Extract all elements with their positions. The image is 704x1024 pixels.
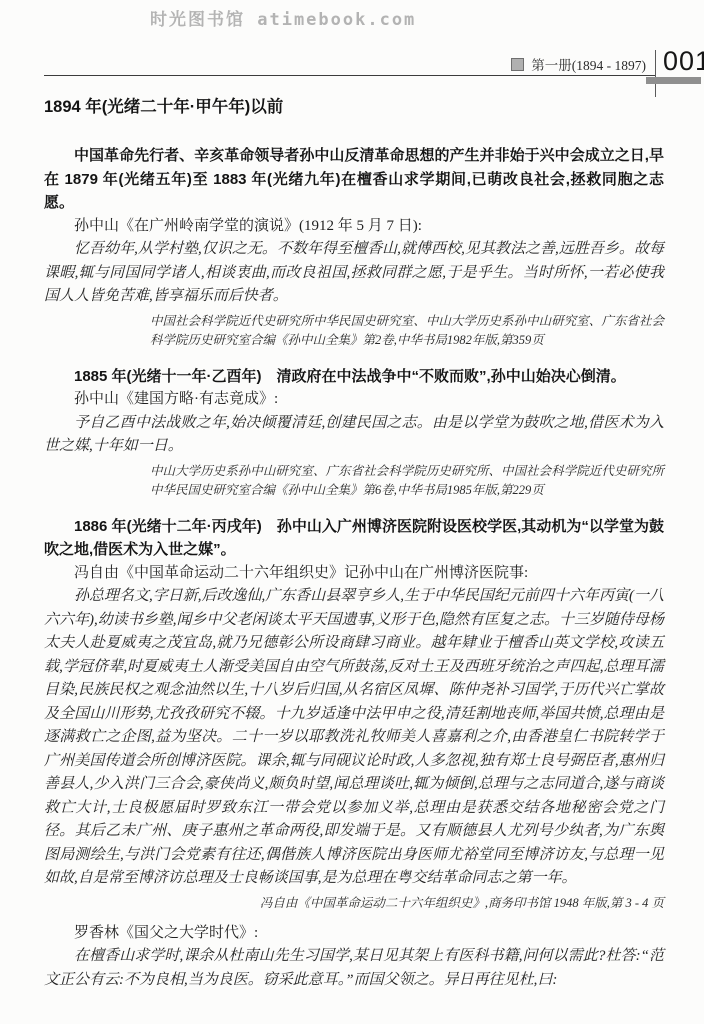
section-1885-heading: 1885 年(光绪十一年·乙酉年) 清政府在中法战争中“不败而败”,孙中山始决心…: [44, 365, 664, 389]
watermark: 时光图书馆 atimebook.com: [150, 5, 416, 30]
header-divider: [655, 50, 656, 97]
volume-label: 第一册(1894 - 1897): [531, 54, 646, 74]
section-1885-citation: 中山大学历史系孙中山研究室、广东省社会科学院历史研究所、中国社会科学院近代史研究…: [150, 462, 664, 500]
header-rule: [44, 75, 655, 76]
section-1886-citation: 冯自由《中国革命运动二十六年组织史》,商务印书馆 1948 年版,第 3 - 4…: [44, 894, 664, 913]
page-number: 001: [663, 46, 704, 77]
square-icon: [511, 58, 524, 71]
page-header: 第一册(1894 - 1897): [511, 54, 646, 74]
page-number-bar: [646, 77, 701, 84]
section-1886-quote: 孙总理名文,字日新,后改逸仙,广东香山县翠亨乡人,生于中华民国纪元前四十六年丙寅…: [44, 585, 664, 891]
section-luo-quote: 在檀香山求学时,课余从杜南山先生习国学,某日见其架上有医科书籍,问何以需此?杜答…: [44, 945, 664, 992]
intro-lead-paragraph: 中国革命先行者、辛亥革命领导者孙中山反清革命思想的产生并非始于兴中会成立之日,早…: [44, 144, 664, 215]
page-content: 1894 年(光绪二十年·甲午年)以前 中国革命先行者、辛亥革命领导者孙中山反清…: [44, 93, 664, 992]
section-1885-quote: 予自乙酉中法战败之年,始决倾覆清廷,创建民国之志。由是以学堂为鼓吹之地,借医术为…: [44, 412, 664, 459]
section-luo-source-line: 罗香林《国父之大学时代》:: [44, 922, 664, 946]
intro-quote: 忆吾幼年,从学村塾,仅识之无。不数年得至檀香山,就傅西校,见其教法之善,远胜吾乡…: [44, 238, 664, 309]
section-1886-heading: 1886 年(光绪十二年·丙戌年) 孙中山入广州博济医院附设医校学医,其动机为“…: [44, 515, 664, 562]
intro-citation: 中国社会科学院近代史研究所中华民国史研究室、中山大学历史系孙中山研究室、广东省社…: [150, 312, 664, 350]
book-page: 时光图书馆 atimebook.com 第一册(1894 - 1897) 001…: [0, 0, 704, 1024]
section-1886-source-line: 冯自由《中国革命运动二十六年组织史》记孙中山在广州博济医院事:: [44, 562, 664, 586]
section-1885-source-line: 孙中山《建国方略·有志竟成》:: [44, 388, 664, 412]
intro-source-line: 孙中山《在广州岭南学堂的演说》(1912 年 5 月 7 日):: [44, 215, 664, 239]
page-title: 1894 年(光绪二十年·甲午年)以前: [44, 93, 664, 117]
